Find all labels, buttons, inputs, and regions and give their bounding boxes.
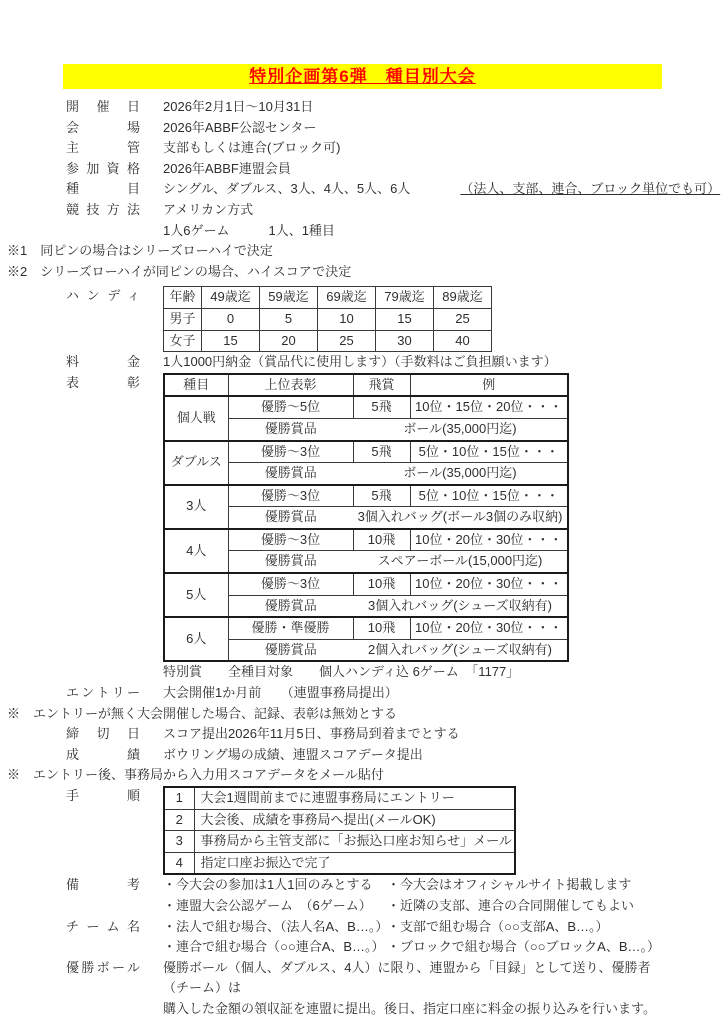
field-label: 主管 — [66, 138, 140, 159]
cell: 5位・10位・15位・・・ — [410, 485, 568, 507]
cell: 20 — [260, 330, 318, 352]
cell: 上位表彰 — [228, 374, 353, 397]
cell: 10飛 — [353, 573, 410, 595]
cell: 年齢 — [164, 287, 202, 309]
cell: 優勝～3位 — [228, 441, 353, 463]
cell: ボール(35,000円迄) — [353, 463, 568, 485]
cell-category: 3人 — [164, 485, 228, 529]
title-banner: 特別企画第6弾 種目別大会 — [63, 64, 662, 89]
cell: 種目 — [164, 374, 228, 397]
cell: 10位・15位・20位・・・ — [410, 396, 568, 418]
cell: 10飛 — [353, 529, 410, 551]
format-line2: 1人6ゲーム 1人、1種目 — [0, 221, 724, 242]
procedure-step-row: 3 事務局から主管支部に「お振込口座お知らせ」メール — [164, 831, 515, 853]
cell: 0 — [202, 308, 260, 330]
field-results: 成績 ボウリング場の成績、連盟スコアデータ提出 — [0, 745, 724, 766]
cell: 40 — [434, 330, 492, 352]
remarks-col1: ・今大会の参加は1人1回のみとする ・連盟大会公認ゲーム （6ゲーム） — [163, 875, 387, 916]
awards-row: 5人 優勝～3位 10飛 10位・20位・30位・・・ — [164, 573, 568, 595]
field-label: 参加資格 — [66, 159, 140, 180]
field-fee: 料金 1人1000円納金（賞品代に使用します）（手数料はご負担願います） — [0, 352, 724, 373]
cell-category: 4人 — [164, 529, 228, 573]
cell-category: ダブルス — [164, 441, 228, 485]
field-label: 備考 — [66, 875, 140, 896]
bullet-item: ・法人で組む場合、（法人名A、B…。） — [163, 917, 387, 938]
cell-step-text: 大会後、成績を事務局へ提出(メールOK) — [194, 809, 515, 831]
field-value: 支部もしくは連合(ブロック可) — [163, 138, 340, 159]
procedure-table: 1 大会1週間前までに連盟事務局にエントリー 2 大会後、成績を事務局へ提出(メ… — [163, 786, 516, 875]
teamname-col2: ・支部で組む場合（○○支部A、B…。） ・ブロックで組む場合（○○ブロックA、B… — [387, 917, 660, 958]
field-venue: 会場 2026年ABBF公認センター — [0, 118, 724, 139]
field-organizer: 主管 支部もしくは連合(ブロック可) — [0, 138, 724, 159]
cell: 優勝～3位 — [228, 485, 353, 507]
field-label: 手順 — [66, 786, 140, 807]
cell-step-text: 大会1週間前までに連盟事務局にエントリー — [194, 787, 515, 809]
cell: 優勝賞品 — [228, 595, 353, 617]
field-label: 締切日 — [66, 724, 140, 745]
winball-line1: 優勝ボール（個人、ダブルス、4人）に限り、連盟から「目録」として送り、優勝者（チ… — [163, 958, 668, 999]
note-text: ※1 同ピンの場合はシリーズローハイで決定 — [7, 241, 273, 262]
field-procedure: 手順 1 大会1週間前までに連盟事務局にエントリー 2 大会後、成績を事務局へ提… — [0, 786, 724, 875]
handicap-table: 年齢 49歳迄 59歳迄 69歳迄 79歳迄 89歳迄 男子 0 5 10 15… — [163, 286, 492, 352]
field-remarks: 備考 ・今大会の参加は1人1回のみとする ・連盟大会公認ゲーム （6ゲーム） ・… — [0, 875, 724, 916]
cell: 15 — [202, 330, 260, 352]
remarks-col2: ・今大会はオフィシャルサイト掲載します ・近隣の支部、連合の合同開催してもよい — [387, 875, 634, 916]
field-label: 表彰 — [66, 373, 140, 394]
cell: 89歳迄 — [434, 287, 492, 309]
awards-row: 個人戦 優勝～5位 5飛 10位・15位・20位・・・ — [164, 396, 568, 418]
cell: 優勝賞品 — [228, 507, 353, 529]
bullet-item: ・ブロックで組む場合（○○ブロックA、B…。） — [387, 937, 660, 958]
cell: 15 — [376, 308, 434, 330]
awards-header-row: 種目 上位表彰 飛賞 例 — [164, 374, 568, 397]
field-value: ボウリング場の成績、連盟スコアデータ提出 — [163, 745, 423, 766]
cell: 5 — [260, 308, 318, 330]
teamname-col1: ・法人で組む場合、（法人名A、B…。） ・連合で組む場合（○○連合A、B…。） — [163, 917, 387, 958]
cell-step-number: 3 — [164, 831, 194, 853]
cell: 10飛 — [353, 617, 410, 639]
cell-step-number: 1 — [164, 787, 194, 809]
field-label: 種目 — [66, 179, 140, 200]
procedure-step-row: 2 大会後、成績を事務局へ提出(メールOK) — [164, 809, 515, 831]
cell: 優勝賞品 — [228, 463, 353, 485]
page-title: 特別企画第6弾 種目別大会 — [249, 68, 475, 85]
bullet-item: ・近隣の支部、連合の合同開催してもよい — [387, 896, 634, 917]
field-deadline: 締切日 スコア提出2026年11月5日、事務局到着までとする — [0, 724, 724, 745]
cell: 優勝～3位 — [228, 573, 353, 595]
field-events: 種目 シングル、ダブルス、3人、4人、5人、6人 （法人、支部、連合、ブロック単… — [0, 179, 724, 200]
awards-row: 6人 優勝・準優勝 10飛 10位・20位・30位・・・ — [164, 617, 568, 639]
cell-step-text: 事務局から主管支部に「お振込口座お知らせ」メール — [194, 831, 515, 853]
field-label: エントリー — [66, 683, 140, 704]
field-label: チーム名 — [66, 917, 140, 938]
cell: 女子 — [164, 330, 202, 352]
field-entry: エントリー 大会開催1か月前 （連盟事務局提出） — [0, 683, 724, 704]
cell: スペアーボール(15,000円迄) — [353, 551, 568, 573]
cell: 25 — [318, 330, 376, 352]
cell-category: 6人 — [164, 617, 228, 661]
cell: 優勝～3位 — [228, 529, 353, 551]
handicap-header-row: 年齢 49歳迄 59歳迄 69歳迄 79歳迄 89歳迄 — [164, 287, 492, 309]
handicap-row-women: 女子 15 20 25 30 40 — [164, 330, 492, 352]
awards-row: 3人 優勝～3位 5飛 5位・10位・15位・・・ — [164, 485, 568, 507]
cell-category: 5人 — [164, 573, 228, 617]
cell: 例 — [410, 374, 568, 397]
field-value: 1人1000円納金（賞品代に使用します）（手数料はご負担願います） — [163, 352, 557, 373]
remarks-columns: ・今大会の参加は1人1回のみとする ・連盟大会公認ゲーム （6ゲーム） ・今大会… — [163, 875, 634, 916]
bullet-item: ・支部で組む場合（○○支部A、B…。） — [387, 917, 660, 938]
cell: 69歳迄 — [318, 287, 376, 309]
bullet-item: ・連盟大会公認ゲーム （6ゲーム） — [163, 896, 387, 917]
note-text: ※ エントリーが無く大会開催した場合、記録、表彰は無効とする — [7, 704, 397, 725]
cell: 優勝～5位 — [228, 396, 353, 418]
field-teamname: チーム名 ・法人で組む場合、（法人名A、B…。） ・連合で組む場合（○○連合A、… — [0, 917, 724, 958]
note-text: ※2 シリーズローハイが同ピンの場合、ハイスコアで決定 — [7, 262, 351, 283]
field-label: 成績 — [66, 745, 140, 766]
field-value: 2026年2月1日～10月31日 — [163, 97, 313, 118]
cell: 優勝賞品 — [228, 551, 353, 573]
field-label: 料金 — [66, 352, 140, 373]
field-date: 開催日 2026年2月1日～10月31日 — [0, 97, 724, 118]
field-label: 会場 — [66, 118, 140, 139]
field-winball: 優勝ボール 優勝ボール（個人、ダブルス、4人）に限り、連盟から「目録」として送り… — [0, 958, 724, 1020]
field-label: ハンディ — [66, 286, 140, 307]
field-awards: 表彰 種目 上位表彰 飛賞 例 個人戦 優勝～5位 5飛 10位・15位・20位… — [0, 373, 724, 663]
handicap-row-men: 男子 0 5 10 15 25 — [164, 308, 492, 330]
cell: 10 — [318, 308, 376, 330]
bullet-item: ・今大会の参加は1人1回のみとする — [163, 875, 387, 896]
cell: 3個入れバッグ(ボール3個のみ収納) — [353, 507, 568, 529]
field-label: 優勝ボール — [66, 958, 140, 979]
cell: 5飛 — [353, 396, 410, 418]
procedure-step-row: 1 大会1週間前までに連盟事務局にエントリー — [164, 787, 515, 809]
document-page: 特別企画第6弾 種目別大会 開催日 2026年2月1日～10月31日 会場 20… — [0, 0, 724, 1020]
cell: 79歳迄 — [376, 287, 434, 309]
field-label: 開催日 — [66, 97, 140, 118]
field-handicap: ハンディ 年齢 49歳迄 59歳迄 69歳迄 79歳迄 89歳迄 男子 0 5 … — [0, 286, 724, 352]
bullet-item: ・連合で組む場合（○○連合A、B…。） — [163, 937, 387, 958]
special-prize-text: 特別賞 全種目対象 個人ハンディ込 6ゲーム 「1177」 — [163, 662, 519, 683]
bullet-item: ・今大会はオフィシャルサイト掲載します — [387, 875, 634, 896]
procedure-step-row: 4 指定口座お振込で完了 — [164, 852, 515, 874]
awards-row: ダブルス 優勝～3位 5飛 5位・10位・15位・・・ — [164, 441, 568, 463]
cell-category: 個人戦 — [164, 396, 228, 440]
cell: 10位・20位・30位・・・ — [410, 529, 568, 551]
cell: ボール(35,000円迄) — [353, 418, 568, 440]
cell: 49歳迄 — [202, 287, 260, 309]
field-eligibility: 参加資格 2026年ABBF連盟会員 — [0, 159, 724, 180]
cell: 3個入れバッグ(シューズ収納有) — [353, 595, 568, 617]
awards-table: 種目 上位表彰 飛賞 例 個人戦 優勝～5位 5飛 10位・15位・20位・・・… — [163, 373, 569, 663]
field-value: 2026年ABBF公認センター — [163, 118, 316, 139]
special-prize-line: 特別賞 全種目対象 個人ハンディ込 6ゲーム 「1177」 — [0, 662, 724, 683]
cell: 5位・10位・15位・・・ — [410, 441, 568, 463]
cell: 30 — [376, 330, 434, 352]
cell: 優勝・準優勝 — [228, 617, 353, 639]
format-note1: ※1 同ピンの場合はシリーズローハイで決定 — [0, 241, 724, 262]
cell: 男子 — [164, 308, 202, 330]
winball-line2: 購入した金額の領収証を連盟に提出。後日、指定口座に料金の振り込みを行います。 — [163, 999, 668, 1020]
entry-warning: ※ エントリーが無く大会開催した場合、記録、表彰は無効とする — [0, 704, 724, 725]
cell: 25 — [434, 308, 492, 330]
format-games: 1人6ゲーム 1人、1種目 — [163, 221, 335, 242]
cell: 5飛 — [353, 485, 410, 507]
cell: 5飛 — [353, 441, 410, 463]
winball-paragraph: 優勝ボール（個人、ダブルス、4人）に限り、連盟から「目録」として送り、優勝者（チ… — [163, 958, 668, 1020]
field-value: アメリカン方式 — [163, 200, 253, 221]
events-note: （法人、支部、連合、ブロック単位でも可） — [460, 179, 720, 200]
cell-step-number: 4 — [164, 852, 194, 874]
field-value: スコア提出2026年11月5日、事務局到着までとする — [163, 724, 460, 745]
results-note: ※ エントリー後、事務局から入力用スコアデータをメール貼付 — [0, 765, 724, 786]
format-note2: ※2 シリーズローハイが同ピンの場合、ハイスコアで決定 — [0, 262, 724, 283]
cell: 飛賞 — [353, 374, 410, 397]
teamname-columns: ・法人で組む場合、（法人名A、B…。） ・連合で組む場合（○○連合A、B…。） … — [163, 917, 660, 958]
cell: 優勝賞品 — [228, 418, 353, 440]
cell: 2個入れバッグ(シューズ収納有) — [353, 639, 568, 661]
field-value: シングル、ダブルス、3人、4人、5人、6人 — [163, 179, 410, 200]
field-label: 競技方法 — [66, 200, 140, 221]
awards-row: 4人 優勝～3位 10飛 10位・20位・30位・・・ — [164, 529, 568, 551]
field-value: 2026年ABBF連盟会員 — [163, 159, 291, 180]
cell-step-text: 指定口座お振込で完了 — [194, 852, 515, 874]
cell: 10位・20位・30位・・・ — [410, 617, 568, 639]
cell: 10位・20位・30位・・・ — [410, 573, 568, 595]
cell: 優勝賞品 — [228, 639, 353, 661]
field-format: 競技方法 アメリカン方式 — [0, 200, 724, 221]
cell: 59歳迄 — [260, 287, 318, 309]
cell-step-number: 2 — [164, 809, 194, 831]
field-value: 大会開催1か月前 （連盟事務局提出） — [163, 683, 398, 704]
note-text: ※ エントリー後、事務局から入力用スコアデータをメール貼付 — [7, 765, 384, 786]
